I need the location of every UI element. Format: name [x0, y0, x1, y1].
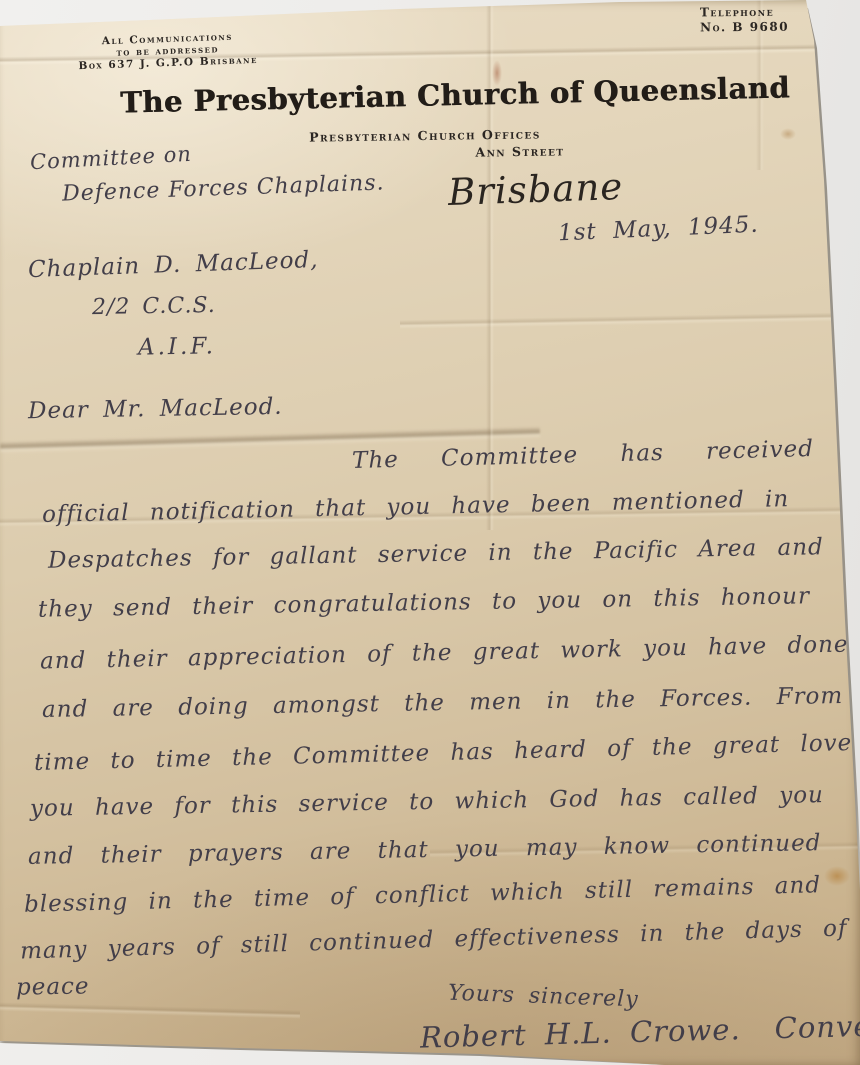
body-line: time to time the Committee has heard of … — [34, 730, 853, 776]
city-script: Brisbane — [447, 165, 624, 214]
body-line: many years of still continued effectiven… — [20, 915, 848, 964]
body-line: peace — [16, 973, 90, 1000]
salutation: Dear Mr. MacLeod. — [28, 394, 283, 424]
body-line: and their prayers are that you may know … — [28, 830, 822, 870]
offices-line: Presbyterian Church Offices — [105, 124, 745, 148]
church-title: The Presbyterian Church of Queensland — [105, 70, 806, 120]
fold-crease-upper — [400, 312, 860, 329]
body-line: Despatches for gallant service in the Pa… — [48, 534, 824, 574]
stain-right — [824, 866, 850, 886]
fold-crease-bottom — [0, 1002, 300, 1019]
body-line: official notification that you have been… — [42, 486, 790, 528]
recipient-force: A.I.F. — [138, 333, 216, 360]
signature-title: Convener — [774, 1007, 860, 1045]
telephone-block: Telephone No. B 9680 — [700, 5, 789, 36]
closing: Yours sincerely — [448, 981, 639, 1013]
body-line: they send their congratulations to you o… — [38, 583, 810, 622]
signature-line: Robert H.L. Crowe.Convener — [420, 1007, 860, 1054]
street-line: Ann Street — [420, 143, 620, 161]
telephone-label: Telephone — [700, 5, 789, 21]
recipient-unit: 2/2 C.C.S. — [92, 293, 216, 320]
letter-date: 1st May, 1945. — [558, 212, 760, 247]
body-line: and their appreciation of the great work… — [40, 632, 849, 675]
committee-annotation-line1: Committee on — [29, 142, 192, 174]
signature-name: Robert H.L. Crowe. — [420, 1012, 741, 1054]
body-line: and are doing amongst the men in the For… — [42, 683, 844, 723]
telephone-number: No. B 9680 — [700, 20, 789, 36]
committee-annotation-line2: Defence Forces Chaplains. — [62, 170, 385, 206]
stain-top-right — [780, 128, 796, 140]
body-line: you have for this service to which God h… — [30, 782, 824, 822]
body-line: blessing in the time of conflict which s… — [24, 872, 822, 917]
communications-block: All Communications to be addressed Box 6… — [77, 30, 258, 72]
recipient-name: Chaplain D. MacLeod, — [28, 247, 319, 283]
letter-photo: { "letterhead": { "telephone_label": "Te… — [0, 0, 860, 1065]
letter-paper: Telephone No. B 9680 All Communications … — [0, 0, 860, 1065]
body-line: The Committee has received — [352, 436, 814, 474]
